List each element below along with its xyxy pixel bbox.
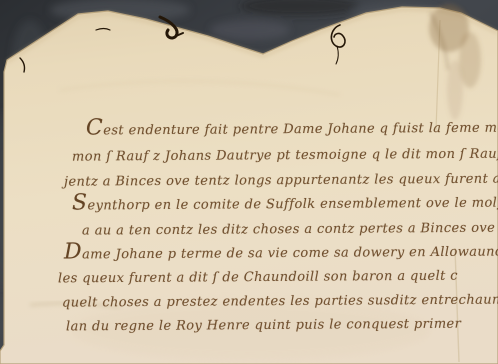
parchment-illustration xyxy=(0,0,498,364)
manuscript-photo: Cest endenture fait pentre Dame Johane q… xyxy=(0,0,498,364)
